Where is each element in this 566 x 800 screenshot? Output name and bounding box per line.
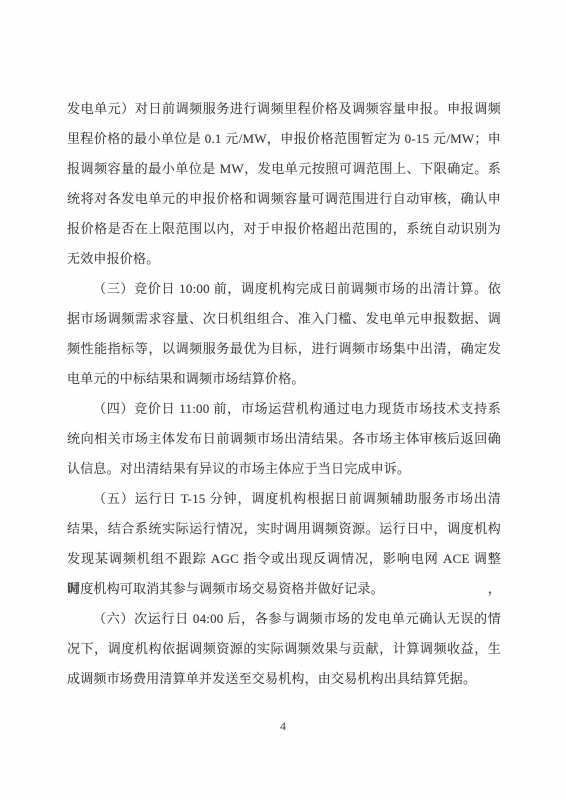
document-body: 发电单元）对日前调频服务进行调频里程价格及调频容量申报。申报调频 里程价格的最小… [67, 94, 501, 694]
text-line: 报调频容量的最小单位是 MW，发电单元按照可调范围上、下限确定。系 [67, 154, 501, 184]
text-line: 发电单元）对日前调频服务进行调频里程价格及调频容量申报。申报调频 [67, 94, 501, 124]
text-line: 况下，调度机构依据调频资源的实际调频效果与贡献，计算调频收益，生 [67, 634, 501, 664]
text-line: （四）竞价日 11:00 前，市场运营机构通过电力现货市场技术支持系 [67, 394, 501, 424]
page-number: 4 [0, 718, 566, 734]
text-line: 里程价格的最小单位是 0.1 元/MW，申报价格范围暂定为 0-15 元/MW；… [67, 124, 501, 154]
text-line: （五）运行日 T-15 分钟，调度机构根据日前调频辅助服务市场出清 [67, 484, 501, 514]
paragraph-clause-3: （三）竞价日 10:00 前，调度机构完成日前调频市场的出清计算。依 据市场调频… [67, 274, 501, 394]
text-line: 发现某调频机组不跟踪 AGC 指令或出现反调情况，影响电网 ACE 调整时， [67, 544, 501, 574]
text-line: 统向相关市场主体发布日前调频市场出清结果。各市场主体审核后返回确 [67, 424, 501, 454]
text-line: 据市场调频需求容量、次日机组组合、准入门槛、发电单元申报数据、调 [67, 304, 501, 334]
document-page: 发电单元）对日前调频服务进行调频里程价格及调频容量申报。申报调频 里程价格的最小… [0, 0, 566, 800]
paragraph-clause-4: （四）竞价日 11:00 前，市场运营机构通过电力现货市场技术支持系 统向相关市… [67, 394, 501, 484]
text-line: 电单元的中标结果和调频市场结算价格。 [67, 364, 501, 394]
paragraph-clause-6: （六）次运行日 04:00 后，各参与调频市场的发电单元确认无误的情 况下，调度… [67, 604, 501, 694]
text-line: 结果，结合系统实际运行情况，实时调用调频资源。运行日中，调度机构 [67, 514, 501, 544]
text-line: 成调频市场费用清算单并发送至交易机构，由交易机构出具结算凭据。 [67, 664, 501, 694]
text-line: （三）竞价日 10:00 前，调度机构完成日前调频市场的出清计算。依 [67, 274, 501, 304]
text-line: 报价格是否在上限范围以内，对于申报价格超出范围的，系统自动识别为 [67, 214, 501, 244]
text-line: 频性能指标等，以调频服务最优为目标，进行调频市场集中出清，确定发 [67, 334, 501, 364]
text-line: 认信息。对出清结果有异议的市场主体应于当日完成申诉。 [67, 454, 501, 484]
paragraph-continuation: 发电单元）对日前调频服务进行调频里程价格及调频容量申报。申报调频 里程价格的最小… [67, 94, 501, 274]
text-line: （六）次运行日 04:00 后，各参与调频市场的发电单元确认无误的情 [67, 604, 501, 634]
text-line: 无效申报价格。 [67, 244, 501, 274]
paragraph-clause-5: （五）运行日 T-15 分钟，调度机构根据日前调频辅助服务市场出清 结果，结合系… [67, 484, 501, 604]
text-line: 统将对各发电单元的申报价格和调频容量可调范围进行自动审核，确认申 [67, 184, 501, 214]
